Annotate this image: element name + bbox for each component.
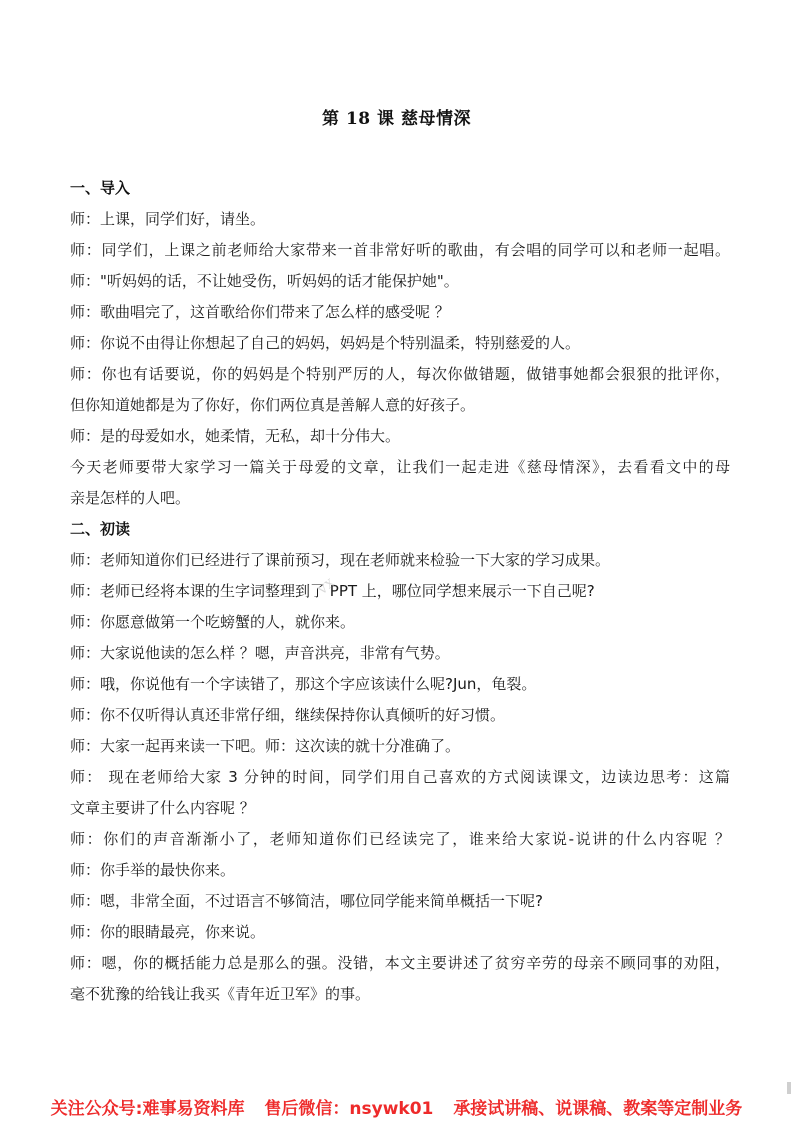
footer-account-text: 关注公众号:难事易资料库: [51, 1099, 245, 1119]
footer-service-text: 承接试讲稿、说课稿、教案等定制业务: [453, 1099, 742, 1119]
paragraph-line: 师：你说不由得让你想起了自己的妈妈，妈妈是个特别温柔，特别慈爱的人。: [70, 328, 730, 359]
document-body: 一、导入 师：上课，同学们好，请坐。 师：同学们，上课之前老师给大家带来一首非常…: [70, 173, 730, 1010]
paragraph-line: 师：嗯，你的概括能力总是那么的强。没错，本文主要讲述了贫穷辛劳的母亲不顾同事的劝…: [70, 948, 730, 979]
paragraph-line: 师：同学们，上课之前老师给大家带来一首非常好听的歌曲，有会唱的同学可以和老师一起…: [70, 235, 730, 266]
paragraph-line: 师：老师知道你们已经进行了课前预习，现在老师就来检验一下大家的学习成果。: [70, 545, 730, 576]
section-heading-intro: 一、导入: [70, 173, 730, 204]
paragraph-line: 师：你不仅听得认真还非常仔细，继续保持你认真倾听的好习惯。: [70, 700, 730, 731]
paragraph-line: 师：你手举的最快你来。: [70, 855, 730, 886]
paragraph-line: 师：嗯，非常全面，不过语言不够简洁，哪位同学能来简单概括一下呢?: [70, 886, 730, 917]
paragraph-line: 师：你们的声音渐渐小了，老师知道你们已经读完了，谁来给大家说-说讲的什么内容呢 …: [70, 824, 730, 855]
paragraph-line: 师：歌曲唱完了，这首歌给你们带来了怎么样的感受呢 ？: [70, 297, 730, 328]
paragraph-line: 师： 现在老师给大家 3 分钟的时间，同学们用自己喜欢的方式阅读课文，边读边思考…: [70, 762, 730, 793]
document-title: 第 18 课 慈母情深: [0, 104, 793, 129]
paragraph-line: 毫不犹豫的给钱让我买《青年近卫军》的事。: [70, 979, 730, 1010]
paragraph-line: 师：你的眼睛最亮，你来说。: [70, 917, 730, 948]
paragraph-line: 师：大家说他读的怎么样 ？嗯，声音洪亮，非常有气势。: [70, 638, 730, 669]
paragraph-line: 今天老师要带大家学习一篇关于母爱的文章，让我们一起走进《慈母情深》，去看看文中的…: [70, 452, 730, 483]
paragraph-line: 文章主要讲了什么内容呢 ？: [70, 793, 730, 824]
paragraph-line: 师：你愿意做第一个吃螃蟹的人，就你来。: [70, 607, 730, 638]
paragraph-line: 师："听妈妈的话，不让她受伤，听妈妈的话才能保护她"。: [70, 266, 730, 297]
paragraph-line: 但你知道她都是为了你好，你们两位真是善解人意的好孩子。: [70, 390, 730, 421]
paragraph-line: 师：哦，你说他有一个字读错了，那这个字应该读什么呢?Jun，龟裂。: [70, 669, 730, 700]
footer-wechat-text: 售后微信：nsywk01: [264, 1099, 433, 1119]
document-page: 第 18 课 慈母情深 一、导入 师：上课，同学们好，请坐。 师：同学们，上课之…: [0, 0, 793, 1122]
paragraph-line: 师：是的母爱如水，她柔情，无私，却十分伟大。: [70, 421, 730, 452]
paragraph-line: 师：上课，同学们好，请坐。: [70, 204, 730, 235]
paragraph-line: 亲是怎样的人吧。: [70, 483, 730, 514]
promo-footer-banner: 关注公众号:难事易资料库 售后微信：nsywk01 承接试讲稿、说课稿、教案等定…: [0, 1094, 793, 1119]
paragraph-line: 师：大家一起再来读一下吧。师：这次读的就十分准确了。: [70, 731, 730, 762]
paragraph-line: 师：你也有话要说，你的妈妈是个特别严厉的人，每次你做错题，做错事她都会狠狠的批评…: [70, 359, 730, 390]
section-heading-first-reading: 二、初读: [70, 514, 730, 545]
page-edge-mark: [787, 1082, 791, 1094]
paragraph-line: 师：老师已经将本课的生字词整理到了 PPT 上，哪位同学想来展示一下自己呢?: [70, 576, 730, 607]
